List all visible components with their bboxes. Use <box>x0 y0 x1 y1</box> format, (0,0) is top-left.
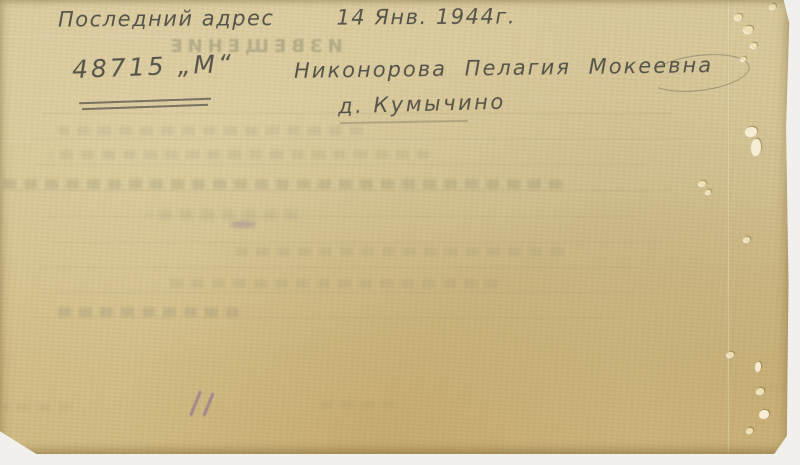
bleed-text-row <box>54 307 239 317</box>
form-line <box>30 139 685 140</box>
paper-damage-spot <box>699 181 706 186</box>
bleed-text-row <box>168 279 498 288</box>
paper-damage-spot <box>741 57 746 61</box>
paper-damage-spot <box>751 43 757 48</box>
paper-damage-spot <box>760 410 769 418</box>
form-line <box>46 216 636 217</box>
form-line <box>10 190 670 191</box>
paper-damage-spot <box>756 362 761 371</box>
form-line <box>32 317 622 318</box>
form-line <box>52 242 662 243</box>
bleed-text-row <box>148 209 298 220</box>
form-line <box>55 292 635 293</box>
bleed-text-row <box>2 403 72 411</box>
bleed-text-row <box>228 247 563 256</box>
handwritten-date: 14 Янв. 1944г. <box>336 4 516 29</box>
paper-damage-spot <box>746 127 757 136</box>
paper-sheet: ИЗВЕЩЕНИЕ Последний адрес14 Янв. 1944г. … <box>0 0 790 454</box>
ink-mark <box>189 390 202 416</box>
scanned-document: ИЗВЕЩЕНИЕ Последний адрес14 Янв. 1944г. … <box>0 0 800 465</box>
bleed-text-row <box>320 401 395 409</box>
bleed-smudge <box>230 221 256 228</box>
form-line <box>40 267 640 268</box>
paper-damage-spot <box>747 428 753 433</box>
form-line <box>36 164 646 165</box>
bleed-text-row <box>2 179 562 189</box>
underline-stroke <box>79 98 211 105</box>
bleed-text-row <box>58 126 363 135</box>
paper-damage-spot <box>735 14 742 20</box>
handwritten-address-label: Последний адрес <box>58 6 275 32</box>
paper-damage-spot <box>752 139 761 155</box>
paper-damage-spot <box>727 352 734 357</box>
handwritten-village: д. Кумычино <box>338 90 506 119</box>
handwritten-field-post-number: 48715 „М“ <box>72 49 235 84</box>
handwritten-address-line: Последний адрес14 Янв. 1944г. <box>58 4 516 31</box>
crease <box>0 141 790 143</box>
paper-damage-spot <box>744 26 753 33</box>
underline-stroke <box>340 120 468 124</box>
paper-damage-spot <box>757 388 764 394</box>
paper-damage-spot <box>770 4 776 9</box>
ink-mark <box>202 392 214 416</box>
underline-stroke <box>82 104 208 110</box>
paper-damage-spot <box>706 190 711 194</box>
paper-damage-spot <box>744 237 750 242</box>
bleed-text-row <box>50 150 430 159</box>
